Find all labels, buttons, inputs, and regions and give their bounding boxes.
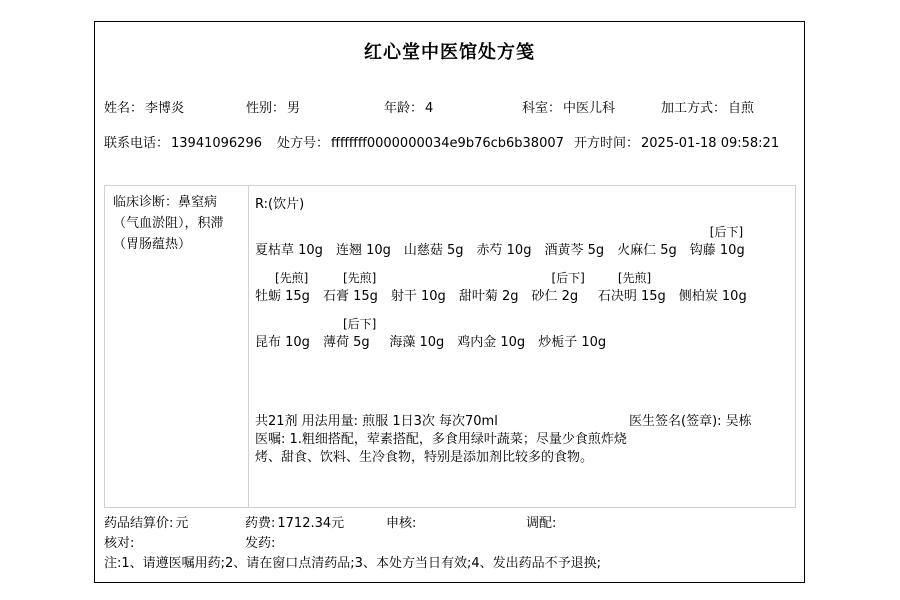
decoction-annotation [391,270,446,287]
dispense-label: 调配: [526,516,556,531]
drug-entry: 射干 10g [391,287,446,307]
rx-item: [先煎]牡蛎 15g [255,270,310,307]
rx-item: 射干 10g [391,270,446,307]
fee-label: 药费: [245,516,275,531]
open-time-value: 2025-01-18 09:58:21 [641,136,779,151]
rx-item: 甜叶菊 2g [459,270,519,307]
drug-entry: 甜叶菊 2g [459,287,519,307]
rx-item: 海藻 10g [389,316,444,353]
settle-price-label: 药品结算价: [104,516,173,531]
patient-dept-label: 科室： [522,101,561,116]
patient-info-row-1: 姓名：李博炎 性别：男 年龄：4 科室：中医儿科 加工方式：自煎 [95,100,804,118]
rx-item: 夏枯草 10g [255,224,323,261]
decoction-annotation: [后下] [690,224,745,241]
fee-value: 1712.34元 [277,516,344,531]
decoction-annotation [459,270,519,287]
drug-entry: 夏枯草 10g [255,241,323,261]
rx-item: 酒黄芩 5g [544,224,604,261]
decoction-annotation: [先煎] [255,270,310,287]
drug-entry: 赤芍 10g [477,241,532,261]
drug-entry: 砂仁 2g [531,287,584,307]
decoction-annotation [404,224,464,241]
patient-age-value: 4 [425,101,433,116]
phone-field: 联系电话：13941096296 [104,135,262,153]
rx-item: 侧柏炭 10g [679,270,747,307]
drug-entry: 酒黄芩 5g [544,241,604,261]
prescription-body-box: 临床诊断：鼻窒病 （气血淤阻），积滞 （胃肠蕴热） R:(饮片) 夏枯草 10g… [104,185,796,508]
decoction-annotation [544,224,604,241]
drug-entry: 钩藤 10g [690,241,745,261]
processing-method-field: 加工方式：自煎 [661,100,754,118]
patient-dept-field: 科室：中医儿科 [522,100,615,118]
rx-number-label: 处方号： [277,136,329,151]
rx-item: [先煎]石膏 15g [323,270,378,307]
decoction-annotation [617,224,677,241]
footer-note: 注:1、请遵医嘱用药;2、请在窗口点清药品;3、本处方当日有效;4、发出药品不予… [104,555,601,573]
rx-column: R:(饮片) 夏枯草 10g连翘 10g山慈菇 5g赤芍 10g酒黄芩 5g火麻… [249,186,795,507]
rx-item: [后下]砂仁 2g [531,270,584,307]
rx-number-value: ffffffff0000000034e9b76cb6b38007 [331,136,564,151]
rx-item: 鸡内金 10g [457,316,525,353]
patient-name-field: 姓名：李博炎 [104,100,184,118]
drug-entry: 鸡内金 10g [457,333,525,353]
decoction-annotation [255,224,323,241]
prescription-sheet: 红心堂中医馆处方笺 姓名：李博炎 性别：男 年龄：4 科室：中医儿科 加工方式：… [94,21,805,583]
patient-name-value: 李博炎 [145,101,184,116]
drug-entry: 山慈菇 5g [404,241,464,261]
decoction-annotation: [后下] [531,270,584,287]
processing-method-label: 加工方式： [661,101,726,116]
decoction-annotation [457,316,525,333]
phone-label: 联系电话： [104,136,169,151]
patient-info-row-2: 联系电话：13941096296 处方号：ffffffff0000000034e… [95,135,804,153]
rx-item: 连翘 10g [336,224,391,261]
issue-field: 发药: [245,535,277,553]
drug-entry: 牡蛎 15g [255,287,310,307]
footer-row-2: 核对: 发药: [95,535,804,553]
settle-price-field: 药品结算价:元 [104,515,188,533]
diagnosis-line: （气血淤阻），积滞 [113,213,244,234]
rx-item: 赤芍 10g [477,224,532,261]
rx-item: 火麻仁 5g [617,224,677,261]
open-time-label: 开方时间： [574,136,639,151]
footer-row-1: 药品结算价:元 药费:1712.34元 申核: 调配: [95,515,804,533]
decoction-annotation [679,270,747,287]
diagnosis-line: （胃肠蕴热） [113,234,244,255]
rx-item: [后下]钩藤 10g [690,224,745,261]
fee-field: 药费:1712.34元 [245,515,344,533]
drug-entry: 石决明 15g [598,287,666,307]
patient-gender-field: 性别：男 [246,100,300,118]
decoction-annotation: [先煎] [323,270,378,287]
processing-method-value: 自煎 [728,101,754,116]
decoction-annotation: [后下] [323,316,376,333]
drug-entry: 海藻 10g [389,333,444,353]
decoction-annotation [538,316,606,333]
page-title: 红心堂中医馆处方笺 [95,38,804,64]
patient-age-label: 年龄： [384,101,423,116]
drug-entry: 昆布 10g [255,333,310,353]
doctor-signature: 医生签名(签章): 吴栋 [629,413,752,431]
settle-price-value: 元 [175,516,188,531]
footer-row-3: 注:1、请遵医嘱用药;2、请在窗口点清药品;3、本处方当日有效;4、发出药品不予… [95,555,804,573]
rx-item: [后下]薄荷 5g [323,316,376,353]
drug-entry: 石膏 15g [323,287,378,307]
patient-name-label: 姓名： [104,101,143,116]
decoction-annotation: [先煎] [598,270,666,287]
rx-item: 昆布 10g [255,316,310,353]
decoction-annotation [255,316,310,333]
patient-age-field: 年龄：4 [384,100,433,118]
decoction-annotation [389,316,444,333]
check-field: 核对: [104,535,136,553]
drug-entry: 连翘 10g [336,241,391,261]
decoction-annotation [336,224,391,241]
phone-value: 13941096296 [171,136,262,151]
rx-line-3: 昆布 10g[后下]薄荷 5g海藻 10g鸡内金 10g炒栀子 10g [255,316,787,353]
rx-line-2: [先煎]牡蛎 15g[先煎]石膏 15g射干 10g甜叶菊 2g[后下]砂仁 2… [255,270,787,307]
drug-entry: 薄荷 5g [323,333,376,353]
open-time-field: 开方时间：2025-01-18 09:58:21 [574,135,779,153]
check-label: 核对: [104,536,134,551]
rx-header: R:(饮片) [255,196,787,214]
medical-advice: 医嘱: 1.粗细搭配，荤素搭配，多食用绿叶蔬菜；尽量少食煎炸烧烤、甜食、饮料、生… [255,431,627,467]
decoction-annotation [477,224,532,241]
rx-item: 炒栀子 10g [538,316,606,353]
rx-item: [先煎]石决明 15g [598,270,666,307]
dispense-field: 调配: [526,515,558,533]
clinical-diagnosis: 临床诊断：鼻窒病 （气血淤阻），积滞 （胃肠蕴热） [105,186,249,507]
review-label: 申核: [386,516,416,531]
drug-entry: 炒栀子 10g [538,333,606,353]
diagnosis-line: 临床诊断：鼻窒病 [113,192,244,213]
issue-label: 发药: [245,536,275,551]
patient-gender-value: 男 [287,101,300,116]
drug-entry: 侧柏炭 10g [679,287,747,307]
patient-dept-value: 中医儿科 [563,101,615,116]
review-field: 申核: [386,515,418,533]
drug-entry: 火麻仁 5g [617,241,677,261]
usage-row: 共21剂 用法用量: 煎服 1日3次 每次70ml 医生签名(签章): 吴栋 [255,413,787,431]
rx-item: 山慈菇 5g [404,224,464,261]
rx-line-1: 夏枯草 10g连翘 10g山慈菇 5g赤芍 10g酒黄芩 5g火麻仁 5g[后下… [255,224,787,261]
rx-number-field: 处方号：ffffffff0000000034e9b76cb6b38007 [277,135,564,153]
usage-text: 共21剂 用法用量: 煎服 1日3次 每次70ml [255,414,498,429]
patient-gender-label: 性别： [246,101,285,116]
